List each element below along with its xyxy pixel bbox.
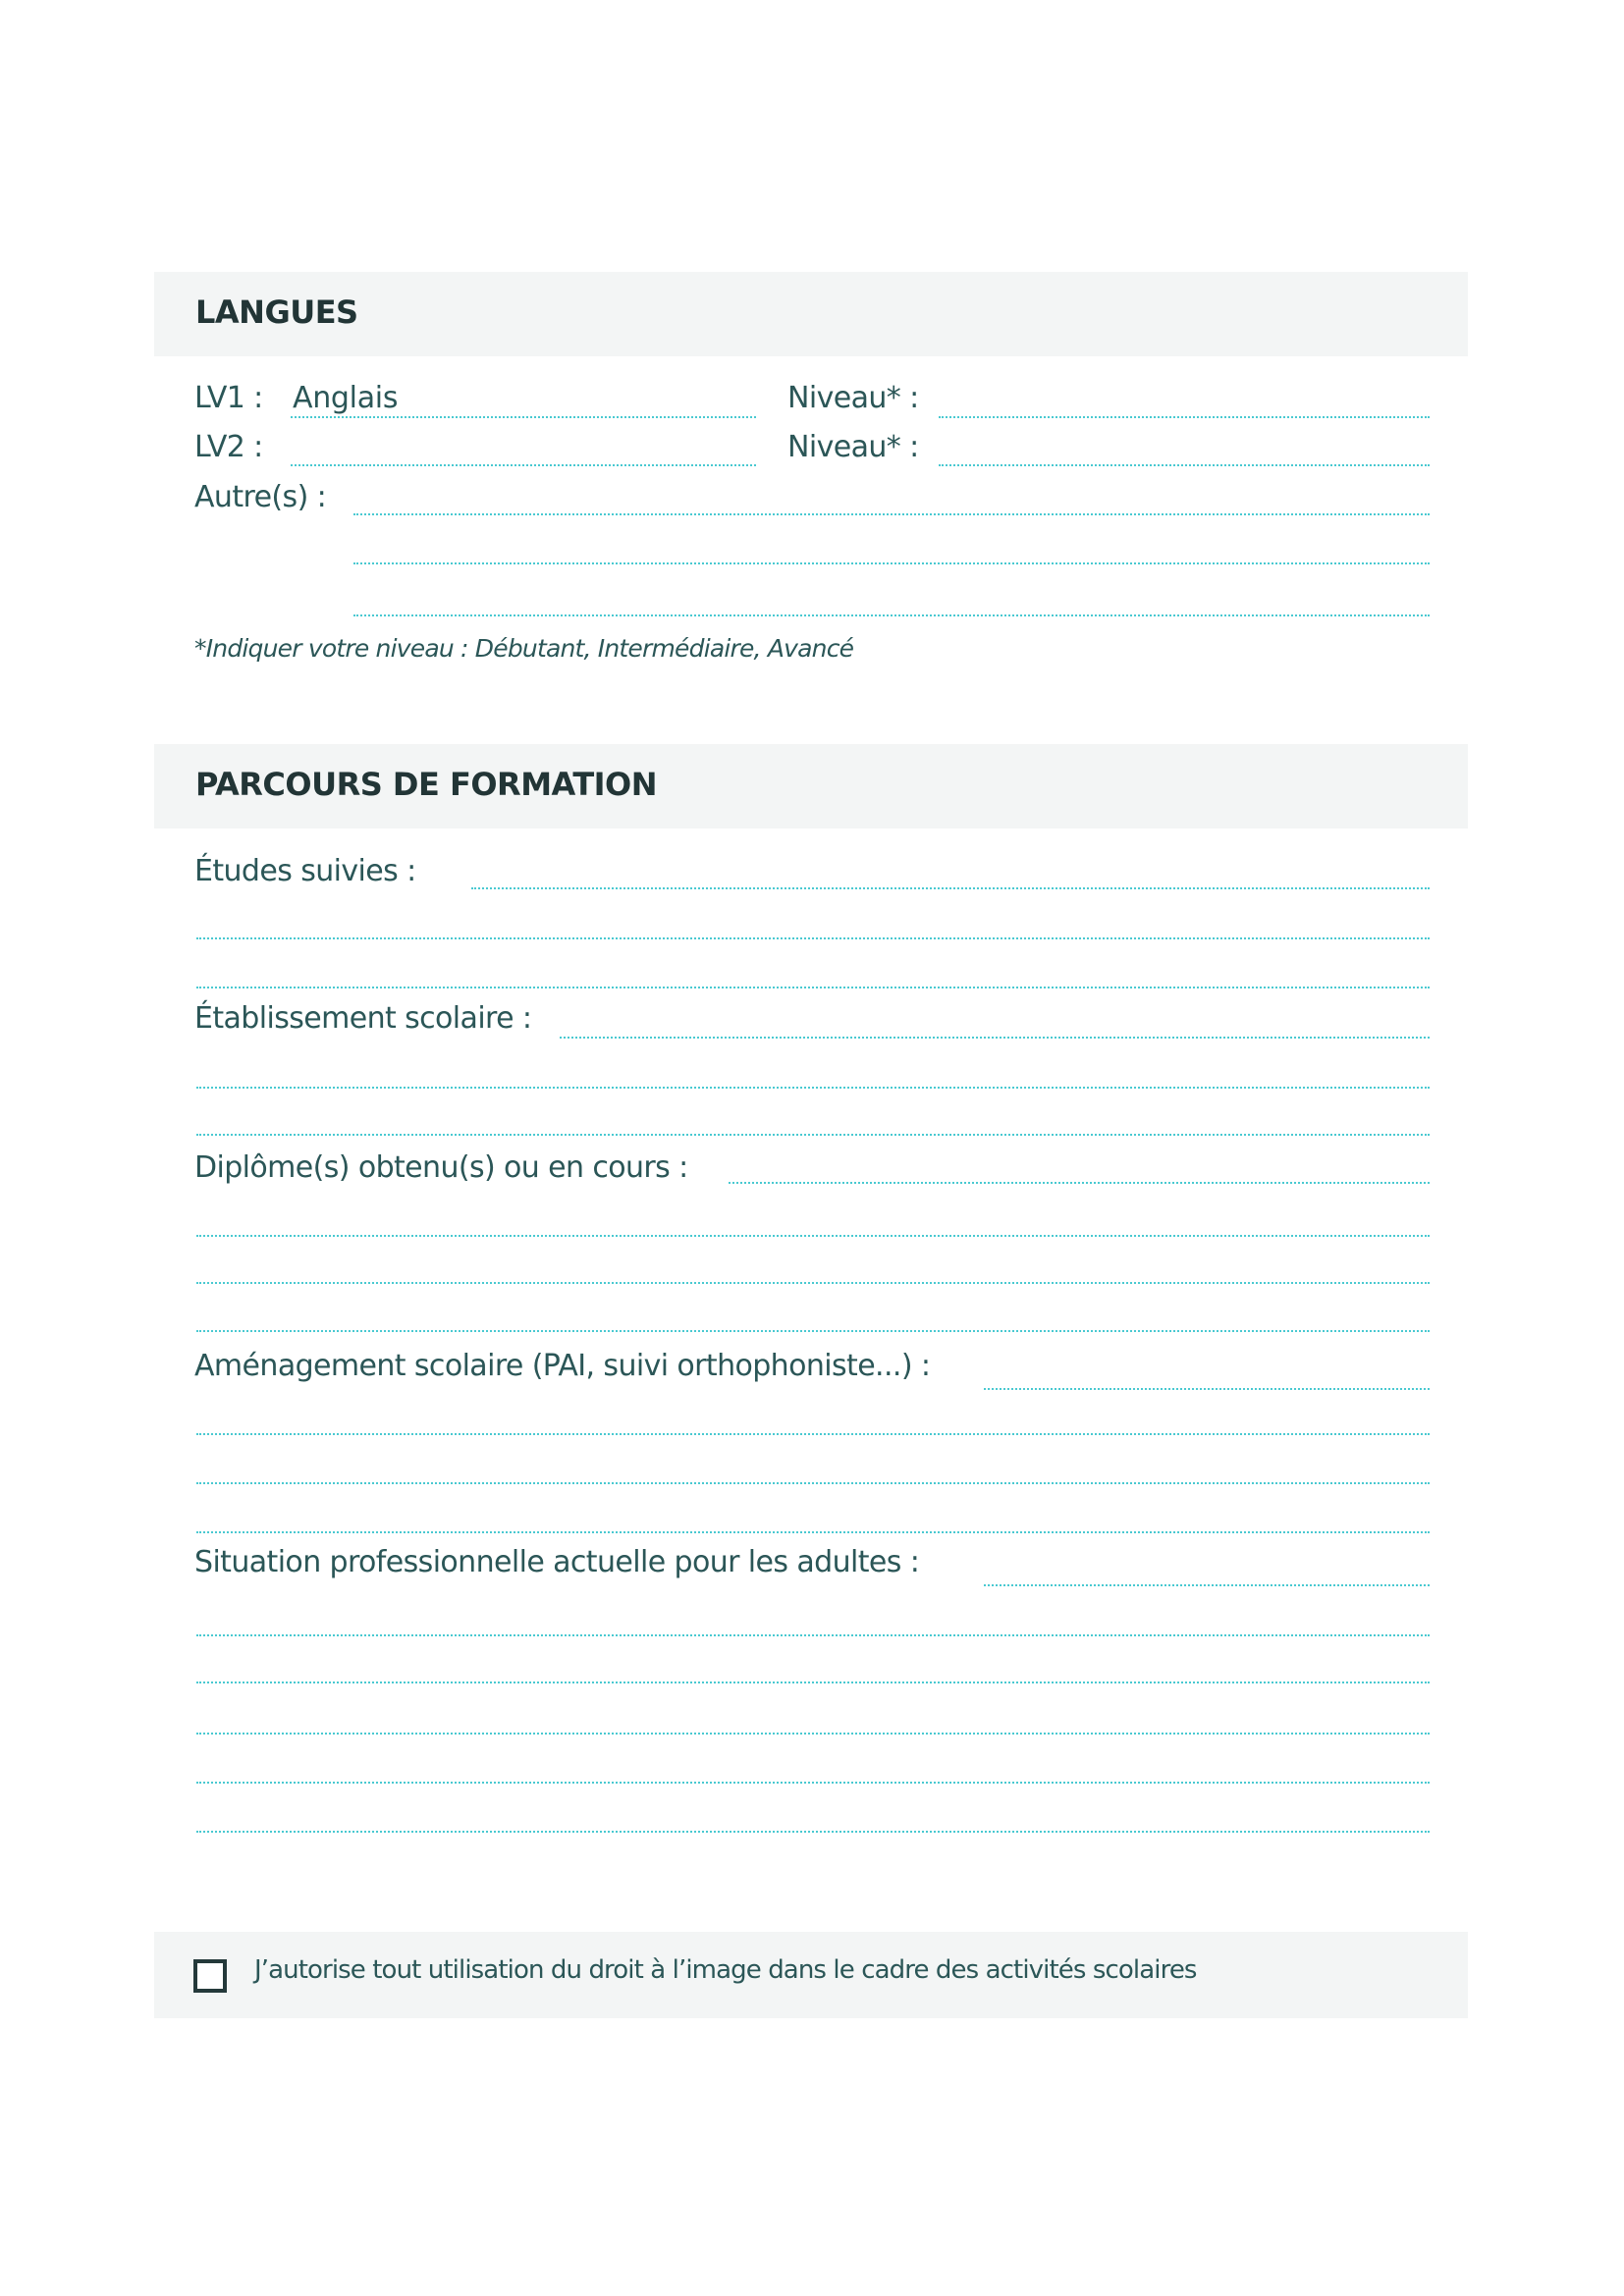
- diplomes-input-line-4[interactable]: [196, 1330, 1430, 1332]
- image-rights-label[interactable]: J’autorise tout utilisation du droit à l…: [254, 1955, 1197, 1985]
- etudes-input-line-3[interactable]: [196, 987, 1430, 988]
- langues-title: LANGUES: [195, 294, 358, 331]
- autres-input-line-2[interactable]: [353, 562, 1430, 564]
- diplomes-input-line-2[interactable]: [196, 1235, 1430, 1237]
- amenagement-input-line-2[interactable]: [196, 1433, 1430, 1435]
- langues-section-header: LANGUES: [154, 272, 1468, 356]
- lv2-input-line[interactable]: [291, 464, 756, 466]
- lv2-label: LV2 :: [194, 430, 263, 465]
- diplomes-input-line-1[interactable]: [729, 1182, 1430, 1184]
- etablissement-input-line-3[interactable]: [196, 1134, 1430, 1136]
- parcours-title: PARCOURS DE FORMATION: [195, 766, 657, 803]
- situation-input-line-2[interactable]: [196, 1634, 1430, 1636]
- autres-input-line-1[interactable]: [353, 513, 1430, 515]
- lv1-niveau-label: Niveau* :: [787, 381, 919, 416]
- image-rights-checkbox[interactable]: [193, 1959, 227, 1993]
- autres-label: Autre(s) :: [194, 480, 326, 515]
- lv1-label: LV1 :: [194, 381, 263, 416]
- etudes-input-line-1[interactable]: [471, 887, 1430, 889]
- lv2-niveau-label: Niveau* :: [787, 430, 919, 465]
- niveau-footnote: *Indiquer votre niveau : Débutant, Inter…: [194, 634, 853, 663]
- lv2-niveau-input-line[interactable]: [939, 464, 1430, 466]
- situation-input-line-4[interactable]: [196, 1733, 1430, 1735]
- etablissement-input-line-1[interactable]: [560, 1037, 1430, 1039]
- etablissement-input-line-2[interactable]: [196, 1087, 1430, 1089]
- situation-label: Situation professionnelle actuelle pour …: [194, 1545, 919, 1580]
- diplomes-label: Diplôme(s) obtenu(s) ou en cours :: [194, 1150, 688, 1186]
- image-rights-consent: J’autorise tout utilisation du droit à l…: [154, 1932, 1468, 2018]
- autres-input-line-3[interactable]: [353, 614, 1430, 616]
- situation-input-line-6[interactable]: [196, 1831, 1430, 1833]
- amenagement-label: Aménagement scolaire (PAI, suivi orthoph…: [194, 1349, 930, 1384]
- parcours-section-header: PARCOURS DE FORMATION: [154, 744, 1468, 828]
- situation-input-line-3[interactable]: [196, 1682, 1430, 1683]
- amenagement-input-line-3[interactable]: [196, 1482, 1430, 1484]
- etudes-input-line-2[interactable]: [196, 937, 1430, 939]
- amenagement-input-line-4[interactable]: [196, 1531, 1430, 1533]
- lv1-niveau-input-line[interactable]: [939, 416, 1430, 418]
- situation-input-line-1[interactable]: [984, 1584, 1430, 1586]
- diplomes-input-line-3[interactable]: [196, 1282, 1430, 1284]
- lv1-input-line[interactable]: [291, 416, 756, 418]
- amenagement-input-line-1[interactable]: [984, 1388, 1430, 1390]
- situation-input-line-5[interactable]: [196, 1782, 1430, 1784]
- etudes-label: Études suivies :: [194, 854, 416, 889]
- etablissement-label: Établissement scolaire :: [194, 1001, 531, 1037]
- lv1-value[interactable]: Anglais: [293, 381, 398, 416]
